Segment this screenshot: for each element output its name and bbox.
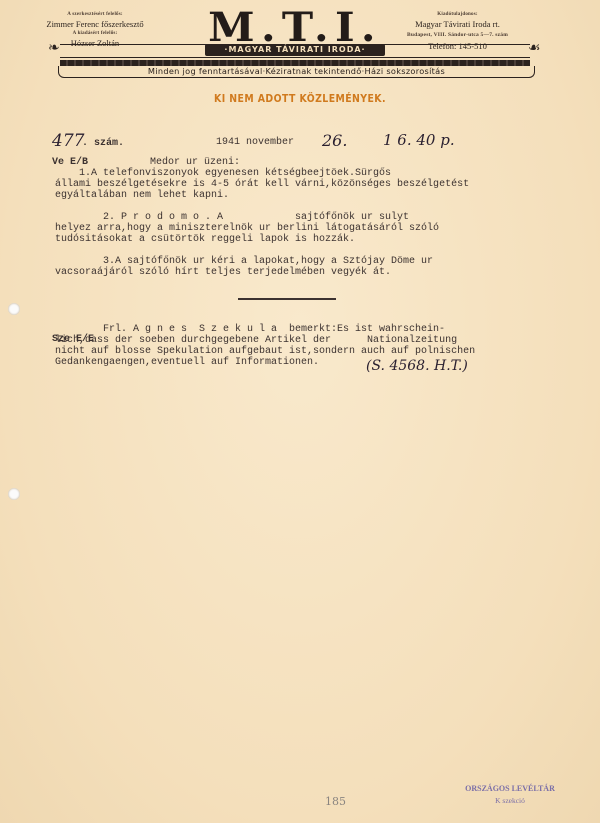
archive-stamp-title: ORSZÁGOS LEVÉLTÁR	[455, 784, 565, 793]
typed-line	[55, 245, 469, 256]
typed-line: tudósitásokat a csütörtök reggeli lapok …	[55, 234, 469, 245]
typed-line: helyez arra,hogy a miniszterelnök ur ber…	[55, 223, 469, 234]
editor-name: Zimmer Ferenc főszerkesztő	[45, 19, 145, 29]
punch-hole	[8, 488, 20, 500]
notice-title: KI NEM ADOTT KÖZLEMÉNYEK.	[173, 92, 428, 105]
typed-line: 2. P r o d o m o . A sajtófőnök ur sulyt	[55, 212, 469, 223]
typed-line: lich,dass der soeben durchgegebene Artik…	[55, 335, 475, 346]
typed-line: vacsoraájáról szóló hírt teljes terjedel…	[55, 267, 469, 278]
punch-hole	[8, 303, 20, 315]
banner-title: ·MAGYAR TÁVIRATI IRODA·	[205, 44, 385, 56]
archive-stamp-section: K szekció	[455, 796, 565, 805]
record-time: 1 6. 40 p.	[383, 131, 455, 149]
record-day: 26.	[322, 131, 347, 150]
record-number-suffix: . szám.	[82, 138, 124, 149]
record-date: 1941 november	[216, 137, 294, 148]
mti-logo: M.T.I.	[195, 8, 395, 48]
owner-name: Magyar Távirati Iroda rt.	[400, 19, 515, 29]
owner-label: Kiadótulajdonos:	[400, 12, 515, 17]
typed-line: nicht auf blosse Spekulation aufgebaut i…	[55, 346, 475, 357]
owner-address: Budapest, VIII. Sándor-utca 5—7. szám	[400, 32, 515, 38]
typed-line: egyáltalában nem lehet kapni.	[55, 190, 469, 201]
record-number: 477	[52, 131, 84, 151]
typed-line: Medor ur üzeni:	[55, 157, 469, 168]
item1-body: Medor ur üzeni: 1.A telefonviszonyok egy…	[55, 157, 469, 278]
typed-line	[55, 201, 469, 212]
editor-label: A szerkesztésért felelős:	[45, 12, 145, 17]
rights-line: Minden jog fenntartásával·Kéziratnak tek…	[58, 66, 535, 78]
handwritten-reference: (S. 4568. H.T.)	[366, 358, 468, 374]
typed-line: 1.A telefonviszonyok egyenesen kétségbee…	[55, 168, 469, 179]
typed-line: 3.A sajtófőnök ur kéri a lapokat,hogy a …	[55, 256, 469, 267]
separator-line	[238, 298, 336, 300]
typed-line: Frl. A g n e s S z e k u l a bemerkt:Es …	[55, 324, 475, 335]
publisher-label: A kiadásért felelős:	[45, 31, 145, 36]
ornament-left-icon: ❧	[48, 40, 60, 56]
typed-line: állami beszélgetésekre is 4-5 órát kell …	[55, 179, 469, 190]
page-number: 185	[325, 795, 346, 808]
